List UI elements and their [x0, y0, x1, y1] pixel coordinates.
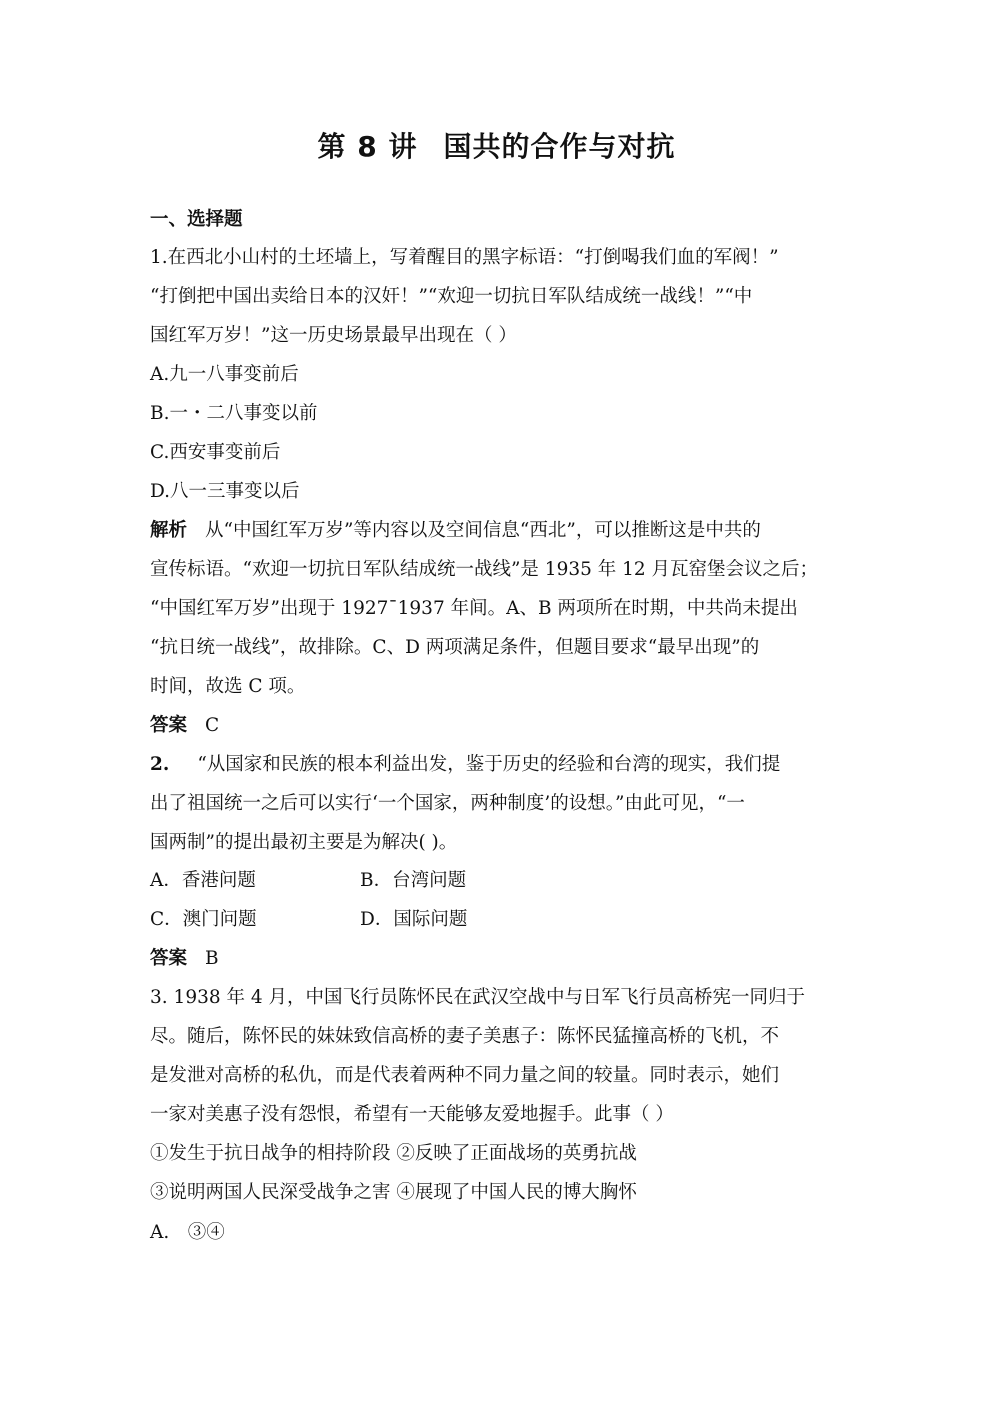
q1-analysis-line-4: “抗日统一战线”，故排除。C、D 两项满足条件，但题目要求“最早出现”的 — [150, 635, 850, 661]
q2-stem-line-3: 国两制”的提出最初主要是为解决( )。 — [150, 830, 850, 856]
q2-stem-line-2: 出了祖国统一之后可以实行‘一个国家，两种制度’的设想。”由此可见，“一 — [150, 791, 850, 817]
q2-option-c: C．澳门问题 — [150, 909, 257, 930]
answer-label: 答案 — [150, 948, 187, 969]
page-title: 第 8 讲国共的合作与对抗 — [0, 128, 993, 166]
q2-option-d: D．国际问题 — [360, 907, 467, 933]
q2-stem-line-1: 2.“从国家和民族的根本利益出发，鉴于历史的经验和台湾的现实，我们提 — [150, 752, 850, 778]
q3-stem-line-2: 尽。随后，陈怀民的妹妹致信高桥的妻子美惠子：陈怀民猛撞高桥的飞机，不 — [150, 1024, 850, 1050]
q1-number: 1. — [150, 247, 168, 268]
q1-analysis-line-2: 宣传标语。“欢迎一切抗日军队结成统一战线”是 1935 年 12 月瓦窑堡会议之… — [150, 557, 850, 583]
q1-option-b: B.一・二八事变以前 — [150, 401, 850, 427]
q1-stem-line-2: “打倒把中国出卖给日本的汉奸！”“欢迎一切抗日军队结成统一战线！”“中 — [150, 284, 850, 310]
q3-stem-line-1: 3. 1938 年 4 月，中国飞行员陈怀民在武汉空战中与日军飞行员高桥宪一同归… — [150, 985, 850, 1011]
analysis-label: 解析 — [150, 520, 187, 541]
q2-options-row-1: A．香港问题 B．台湾问题 — [150, 868, 850, 894]
section-heading: 一、选择题 — [150, 207, 850, 233]
q1-option-a: A.九一八事变前后 — [150, 362, 850, 388]
q1-option-c: C.西安事变前后 — [150, 440, 850, 466]
q1-analysis-line-5: 时间，故选 C 项。 — [150, 674, 850, 700]
q3-number: 3. — [150, 987, 168, 1008]
q2-option-b: B．台湾问题 — [360, 868, 466, 894]
document-page: 第 8 讲国共的合作与对抗 一、选择题 1.在西北小山村的土坯墙上，写着醒目的黑… — [0, 0, 993, 1404]
q2-number: 2. — [150, 754, 169, 775]
lecture-title: 国共的合作与对抗 — [443, 130, 675, 163]
q1-analysis-line-3: “中国红军万岁”出现于 1927¯1937 年间。A、B 两项所在时期，中共尚未… — [150, 596, 850, 622]
lecture-number: 第 8 讲 — [318, 130, 418, 163]
q1-stem-line-1: 1.在西北小山村的土坯墙上，写着醒目的黑字标语：“打倒喝我们血的军阀！” — [150, 245, 850, 271]
q1-answer: 答案C — [150, 713, 850, 739]
q3-option-a: A. ③④ — [150, 1220, 850, 1246]
q1-stem-line-3: 国红军万岁！”这一历史场景最早出现在（ ） — [150, 323, 850, 349]
answer-value: B — [205, 948, 219, 969]
q3-stem-line-3: 是发泄对高桥的私仇，而是代表着两种不同力量之间的较量。同时表示，她们 — [150, 1063, 850, 1089]
q1-option-d: D.八一三事变以后 — [150, 479, 850, 505]
q1-analysis-line-1: 解析从“中国红军万岁”等内容以及空间信息“西北”，可以推断这是中共的 — [150, 518, 850, 544]
q2-answer: 答案B — [150, 946, 850, 972]
q2-options-row-2: C．澳门问题 D．国际问题 — [150, 907, 850, 933]
q2-option-a: A．香港问题 — [150, 870, 256, 891]
answer-value: C — [205, 715, 219, 736]
q3-statements-row-1: ①发生于抗日战争的相持阶段 ②反映了正面战场的英勇抗战 — [150, 1141, 850, 1167]
q3-stem-line-4: 一家对美惠子没有怨恨，希望有一天能够友爱地握手。此事（ ） — [150, 1102, 850, 1128]
q3-statements-row-2: ③说明两国人民深受战争之害 ④展现了中国人民的博大胸怀 — [150, 1180, 850, 1206]
answer-label: 答案 — [150, 715, 187, 736]
